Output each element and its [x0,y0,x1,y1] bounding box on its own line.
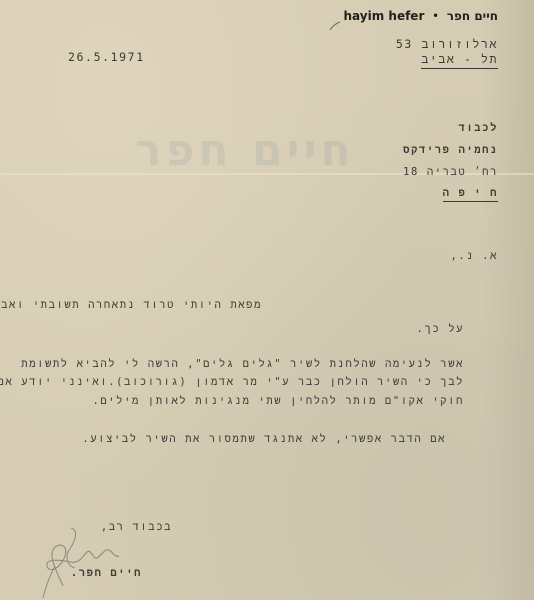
letterhead-name-hebrew: חיים חפר [447,9,498,23]
recipient-name: נחמיה פרידקס [403,144,498,157]
body-paragraph-2-line-3: חוקי אקו"ם מותר להלחין שתי מנגינות לאותן… [92,395,464,408]
pen-tick-mark [328,20,342,32]
recipient-city: ח י פ ה [443,187,498,202]
handwritten-signature [35,522,125,600]
body-paragraph-2-line-1: אשר לנעימה שהלחנת לשיר "גלים גלים", הרשה… [21,358,464,371]
sender-city: תל - אביב [421,52,498,69]
body-paragraph-2-line-2: לבך כי השיר הולחן כבר ע"י מר אדמון (גורו… [0,376,464,389]
recipient-salutation-title: לכבוד [458,122,498,135]
signature-name: חיים חפר. [62,567,142,580]
sender-street: ארלוזורוב 53 [396,37,498,52]
body-paragraph-1-line-2: על כך. [417,323,464,336]
body-paragraph-1-line-1: מפאת היותי טרוד נתאחרה תשובתי ואבקש את ס… [0,299,262,312]
bleed-through-watermark: חיים חפר [135,125,355,176]
letterhead-name-latin: hayim hefer [344,9,425,23]
body-paragraph-3: אם הדבר אפשרי, לא אתנגד שתמסור את השיר ל… [82,433,446,446]
letterhead-separator: • [432,11,438,22]
recipient-street: רח׳ טבריה 18 [403,166,498,179]
greeting: א. נ., [451,250,499,263]
letter-date: 26.5.1971 [68,50,145,64]
letterhead: hayim hefer • חיים חפר [344,9,498,23]
